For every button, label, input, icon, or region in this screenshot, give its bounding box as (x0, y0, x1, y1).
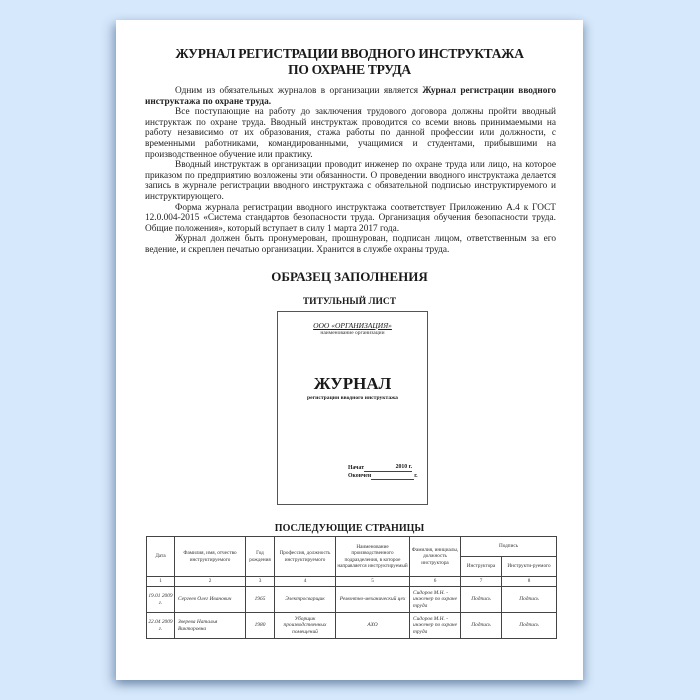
cell-department: Ремонтно-механический цех (336, 587, 410, 613)
started-label: Начат (348, 465, 364, 471)
document-title: ЖУРНАЛ РЕГИСТРАЦИИ ВВОДНОГО ИНСТРУКТАЖА … (116, 46, 583, 78)
column-number: 5 (336, 577, 410, 587)
header-instructor: Фамилия, инициалы, должность инструктора (410, 537, 461, 577)
journal-heading: ЖУРНАЛ (278, 374, 427, 394)
paragraph-form: Форма журнала регистрации вводного инстр… (145, 203, 556, 235)
header-profession: Профессия, должность инструктируемого (275, 537, 336, 577)
title-sheet-heading: ТИТУЛЬНЫЙ ЛИСТ (116, 297, 583, 307)
title-sheet-sample: ООО «ОРГАНИЗАЦИЯ» наименование организац… (277, 311, 428, 505)
column-number: 1 (147, 577, 175, 587)
paragraph-storage: Журнал должен быть пронумерован, прошнур… (145, 234, 556, 255)
table-row: 22.04 2009 г. Зверева Наталья Викторовна… (147, 613, 557, 639)
header-birth-year: Год рождения (246, 537, 275, 577)
cell-profession: Уборщик производственных помещений (275, 613, 336, 639)
header-department: Наименование производственного подраздел… (336, 537, 410, 577)
sample-heading: ОБРАЗЕЦ ЗАПОЛНЕНИЯ (116, 269, 583, 285)
table-row: 19.01 2009 г. Сергеев Олег Иванович 1965… (147, 587, 557, 613)
cell-department: АХО (336, 613, 410, 639)
paragraph-intro: Одним из обязательных журналов в организ… (145, 86, 556, 107)
organization-caption: наименование организации (278, 330, 427, 336)
cell-name: Сергеев Олег Иванович (175, 587, 246, 613)
cell-name: Зверева Наталья Викторовна (175, 613, 246, 639)
cell-sig-instructor: Подпись (461, 613, 502, 639)
header-sig-instructor: Инструктора (461, 557, 502, 577)
paragraph-intro-text: Одним из обязательных журналов в организ… (175, 86, 422, 96)
cell-profession: Электросварщик (275, 587, 336, 613)
journal-subheading: регистрации вводного инструктажа (278, 395, 427, 401)
table-header-row: Дата Фамилия, имя, отчество инструктируе… (147, 537, 557, 557)
column-number: 2 (175, 577, 246, 587)
cell-date: 22.04 2009 г. (147, 613, 175, 639)
document-body: Одним из обязательных журналов в организ… (145, 86, 556, 256)
header-sig-instructed: Инструкти-руемого (502, 557, 557, 577)
organization-name: ООО «ОРГАНИЗАЦИЯ» (278, 321, 427, 330)
started-row: Начат2010 г. (348, 463, 418, 472)
paragraph-who: Все поступающие на работу до заключения … (145, 107, 556, 160)
finished-label: Окончен (348, 473, 371, 479)
header-signature: Подпись (461, 537, 557, 557)
column-number: 8 (502, 577, 557, 587)
column-number: 6 (410, 577, 461, 587)
journal-table: Дата Фамилия, имя, отчество инструктируе… (146, 536, 557, 639)
header-name: Фамилия, имя, отчество инструктируемого (175, 537, 246, 577)
paragraph-conducts: Вводный инструктаж в организации проводи… (145, 160, 556, 202)
cell-date: 19.01 2009 г. (147, 587, 175, 613)
finished-blank (371, 479, 414, 480)
journal-dates: Начат2010 г. Оконченг. (348, 463, 418, 480)
column-numbers-row: 1 2 3 4 5 6 7 8 (147, 577, 557, 587)
finished-value: г. (414, 473, 417, 479)
table-heading: ПОСЛЕДУЮЩИЕ СТРАНИЦЫ (116, 523, 583, 534)
cell-sig-instructed: Подпись (502, 587, 557, 613)
document-title-line2: ПО ОХРАНЕ ТРУДА (116, 62, 583, 78)
header-date: Дата (147, 537, 175, 577)
cell-birth-year: 1965 (246, 587, 275, 613)
started-value: 2010 г. (364, 463, 412, 472)
cell-instructor: Сидоров М.Н. - инженер по охране труда (410, 587, 461, 613)
column-number: 7 (461, 577, 502, 587)
document-page: ЖУРНАЛ РЕГИСТРАЦИИ ВВОДНОГО ИНСТРУКТАЖА … (116, 20, 583, 680)
column-number: 4 (275, 577, 336, 587)
document-title-line1: ЖУРНАЛ РЕГИСТРАЦИИ ВВОДНОГО ИНСТРУКТАЖА (116, 46, 583, 62)
finished-row: Оконченг. (348, 472, 418, 480)
cell-birth-year: 1980 (246, 613, 275, 639)
cell-instructor: Сидоров М.Н. - инженер по охране труда (410, 613, 461, 639)
cell-sig-instructor: Подпись (461, 587, 502, 613)
cell-sig-instructed: Подпись (502, 613, 557, 639)
column-number: 3 (246, 577, 275, 587)
